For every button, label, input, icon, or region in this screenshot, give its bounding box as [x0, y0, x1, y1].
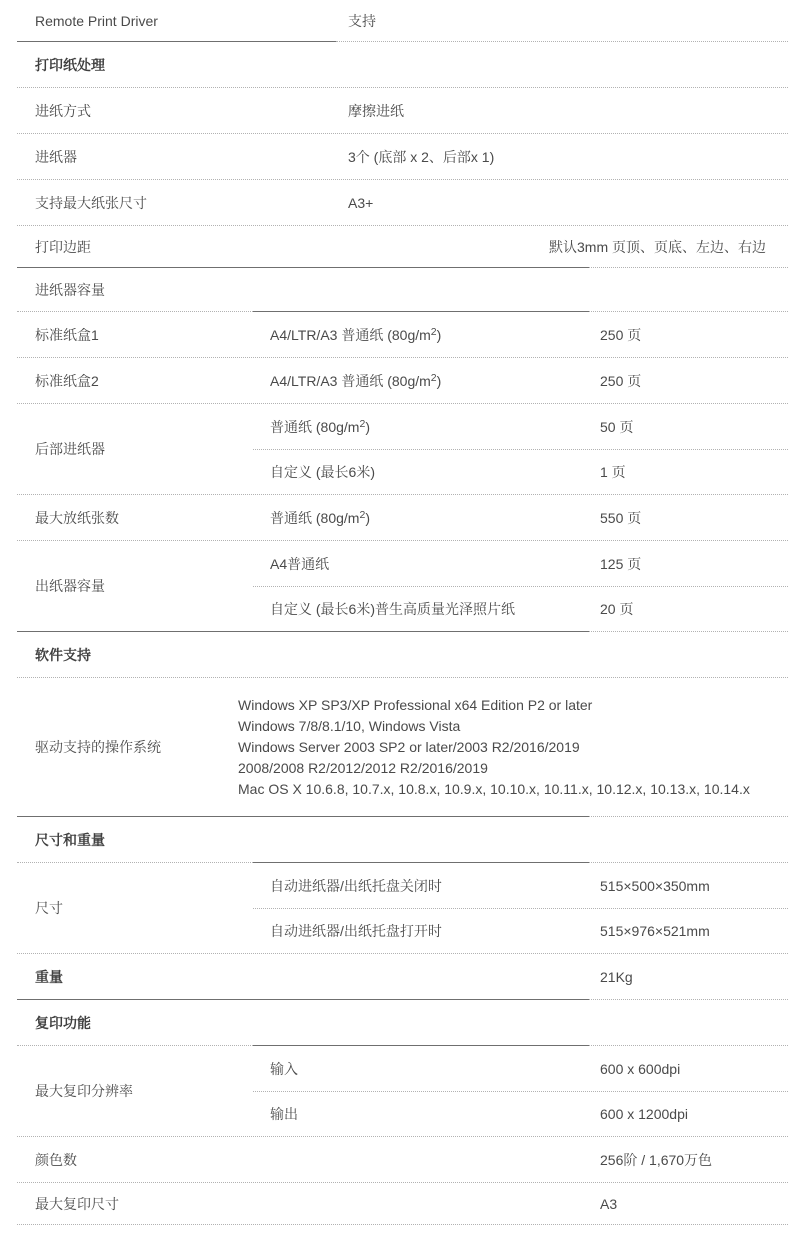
spec-capacity: 1 页	[589, 462, 788, 482]
row-group-max-copy-resolution: 最大复印分辨率 输入 600 x 600dpi 输出 600 x 1200dpi	[17, 1046, 788, 1136]
sub-row: 自定义 (最长6米)普生高质量光泽照片纸 20 页	[253, 586, 788, 631]
row-weight: 重量 21Kg	[17, 954, 788, 999]
superscript: 2	[431, 326, 437, 338]
row-divider	[17, 1136, 788, 1137]
section-title: 复印功能	[17, 1013, 788, 1033]
spec-label: 后部进纸器	[17, 404, 253, 494]
spec-capacity: 125 页	[589, 554, 788, 574]
row-os-support: 驱动支持的操作系统 Windows XP SP3/XP Professional…	[17, 678, 788, 816]
row-max-load: 最大放纸张数 普通纸 (80g/m2) 550 页	[17, 495, 788, 540]
spec-label: 重量	[17, 967, 253, 987]
spec-label: 最大复印尺寸	[17, 1194, 253, 1214]
row-divider	[17, 494, 788, 495]
sub-row: 自动进纸器/出纸托盘关闭时 515×500×350mm	[253, 863, 788, 908]
os-line: Windows Server 2003 SP2 or later/2003 R2…	[238, 737, 788, 758]
spec-value: A3+	[336, 195, 788, 211]
row-divider	[17, 816, 788, 817]
row-divider	[17, 179, 788, 180]
section-header-software: 软件支持	[17, 632, 788, 677]
spec-label: 最大放纸张数	[17, 508, 253, 528]
spec-label: 进纸器	[17, 147, 336, 167]
spec-label: 标准纸盒2	[17, 371, 253, 391]
printer-spec-page: Remote Print Driver 支持 打印纸处理 进纸方式 摩擦进纸 进…	[0, 0, 790, 1233]
row-group-dimensions: 尺寸 自动进纸器/出纸托盘关闭时 515×500×350mm 自动进纸器/出纸托…	[17, 863, 788, 953]
spec-label: 标准纸盒1	[17, 325, 253, 345]
spec-value: 支持	[336, 11, 788, 31]
spec-label: 最大复印分辨率	[17, 1046, 253, 1136]
row-feeders: 进纸器 3个 (底部 x 2、后部x 1)	[17, 134, 788, 179]
spec-capacity: 550 页	[589, 508, 788, 528]
os-line: Mac OS X 10.6.8, 10.7.x, 10.8.x, 10.9.x,…	[238, 779, 788, 800]
spec-value: 3个 (底部 x 2、后部x 1)	[336, 147, 788, 167]
spec-label: 驱动支持的操作系统	[17, 737, 238, 757]
spec-value: 600 x 600dpi	[589, 1061, 788, 1077]
spec-label: 进纸器容量	[17, 280, 788, 300]
spec-condition: 自动进纸器/出纸托盘打开时	[253, 921, 589, 941]
superscript: 2	[431, 372, 437, 384]
spec-value: A3	[589, 1196, 788, 1212]
section-header-dimensions-weight: 尺寸和重量	[17, 817, 788, 862]
spec-value: 256阶 / 1,670万色	[589, 1150, 788, 1170]
spec-value: 21Kg	[589, 969, 788, 985]
row-feeder-capacity: 进纸器容量	[17, 268, 788, 311]
row-divider	[17, 267, 788, 268]
spec-label: 进纸方式	[17, 101, 336, 121]
spec-capacity: 20 页	[589, 599, 788, 619]
sub-row: A4普通纸 125 页	[253, 541, 788, 586]
os-line: Windows 7/8/8.1/10, Windows Vista	[238, 716, 788, 737]
spec-capacity: 250 页	[589, 371, 788, 391]
row-group-rear-feeder: 后部进纸器 普通纸 (80g/m2) 50 页 自定义 (最长6米) 1 页	[17, 404, 788, 494]
spec-value: 摩擦进纸	[336, 101, 788, 121]
row-divider	[17, 41, 788, 42]
os-line: 2008/2008 R2/2012/2012 R2/2016/2019	[238, 758, 788, 779]
spec-condition: 自动进纸器/出纸托盘关闭时	[253, 876, 589, 896]
row-max-paper-size: 支持最大纸张尺寸 A3+	[17, 180, 788, 225]
superscript: 2	[359, 418, 365, 430]
sub-row: 输出 600 x 1200dpi	[253, 1091, 788, 1136]
row-tray1: 标准纸盒1 A4/LTR/A3 普通纸 (80g/m2) 250 页	[17, 312, 788, 357]
sub-row: 输入 600 x 600dpi	[253, 1046, 788, 1091]
spec-capacity: 50 页	[589, 417, 788, 437]
row-remote-print-driver: Remote Print Driver 支持	[17, 0, 788, 41]
row-divider	[17, 677, 788, 678]
row-max-copy-size: 最大复印尺寸 A3	[17, 1183, 788, 1224]
spec-io: 输入	[253, 1059, 589, 1079]
spec-label: 打印边距	[17, 237, 336, 257]
os-line: Windows XP SP3/XP Professional x64 Editi…	[238, 695, 788, 716]
section-header-copy: 复印功能	[17, 1000, 788, 1045]
spec-media: A4/LTR/A3 普通纸 (80g/m2)	[253, 371, 589, 391]
spec-label: 颜色数	[17, 1150, 253, 1170]
row-group-output-capacity: 出纸器容量 A4普通纸 125 页 自定义 (最长6米)普生高质量光泽照片纸 2…	[17, 541, 788, 631]
spec-label: Remote Print Driver	[17, 13, 336, 29]
spec-value: 默认3mm 页顶、页底、左边、右边	[336, 237, 788, 257]
spec-label: 出纸器容量	[17, 541, 253, 631]
spec-capacity: 250 页	[589, 325, 788, 345]
section-title: 打印纸处理	[17, 55, 788, 75]
sub-row: 自定义 (最长6米) 1 页	[253, 449, 788, 494]
row-tray2: 标准纸盒2 A4/LTR/A3 普通纸 (80g/m2) 250 页	[17, 358, 788, 403]
superscript: 2	[359, 509, 365, 521]
spec-media: 普通纸 (80g/m2)	[253, 417, 589, 437]
row-divider	[17, 311, 788, 312]
spec-media: 自定义 (最长6米)	[253, 462, 589, 482]
spec-table: Remote Print Driver 支持 打印纸处理 进纸方式 摩擦进纸 进…	[17, 0, 788, 1225]
sub-row: 自动进纸器/出纸托盘打开时 515×976×521mm	[253, 908, 788, 953]
row-divider	[17, 133, 788, 134]
spec-value: 515×500×350mm	[589, 878, 788, 894]
spec-media: 自定义 (最长6米)普生高质量光泽照片纸	[253, 599, 589, 619]
row-divider	[17, 87, 788, 88]
section-title: 软件支持	[17, 645, 788, 665]
section-title: 尺寸和重量	[17, 830, 788, 850]
spec-value: 600 x 1200dpi	[589, 1106, 788, 1122]
spec-media: A4/LTR/A3 普通纸 (80g/m2)	[253, 325, 589, 345]
spec-label: 尺寸	[17, 863, 253, 953]
sub-row: 普通纸 (80g/m2) 50 页	[253, 404, 788, 449]
row-divider	[17, 1182, 788, 1183]
row-divider	[17, 1224, 788, 1225]
spec-label: 支持最大纸张尺寸	[17, 193, 336, 213]
row-divider	[17, 953, 788, 954]
row-print-margin: 打印边距 默认3mm 页顶、页底、左边、右边	[17, 226, 788, 267]
spec-media: A4普通纸	[253, 554, 589, 574]
section-header-paper-handling: 打印纸处理	[17, 42, 788, 87]
row-divider	[17, 631, 788, 632]
row-divider	[17, 357, 788, 358]
row-divider	[17, 999, 788, 1000]
spec-value: 515×976×521mm	[589, 923, 788, 939]
row-divider	[17, 225, 788, 226]
row-color-count: 颜色数 256阶 / 1,670万色	[17, 1137, 788, 1182]
spec-media: 普通纸 (80g/m2)	[253, 508, 589, 528]
os-list: Windows XP SP3/XP Professional x64 Editi…	[238, 695, 788, 800]
row-feed-method: 进纸方式 摩擦进纸	[17, 88, 788, 133]
spec-io: 输出	[253, 1104, 589, 1124]
